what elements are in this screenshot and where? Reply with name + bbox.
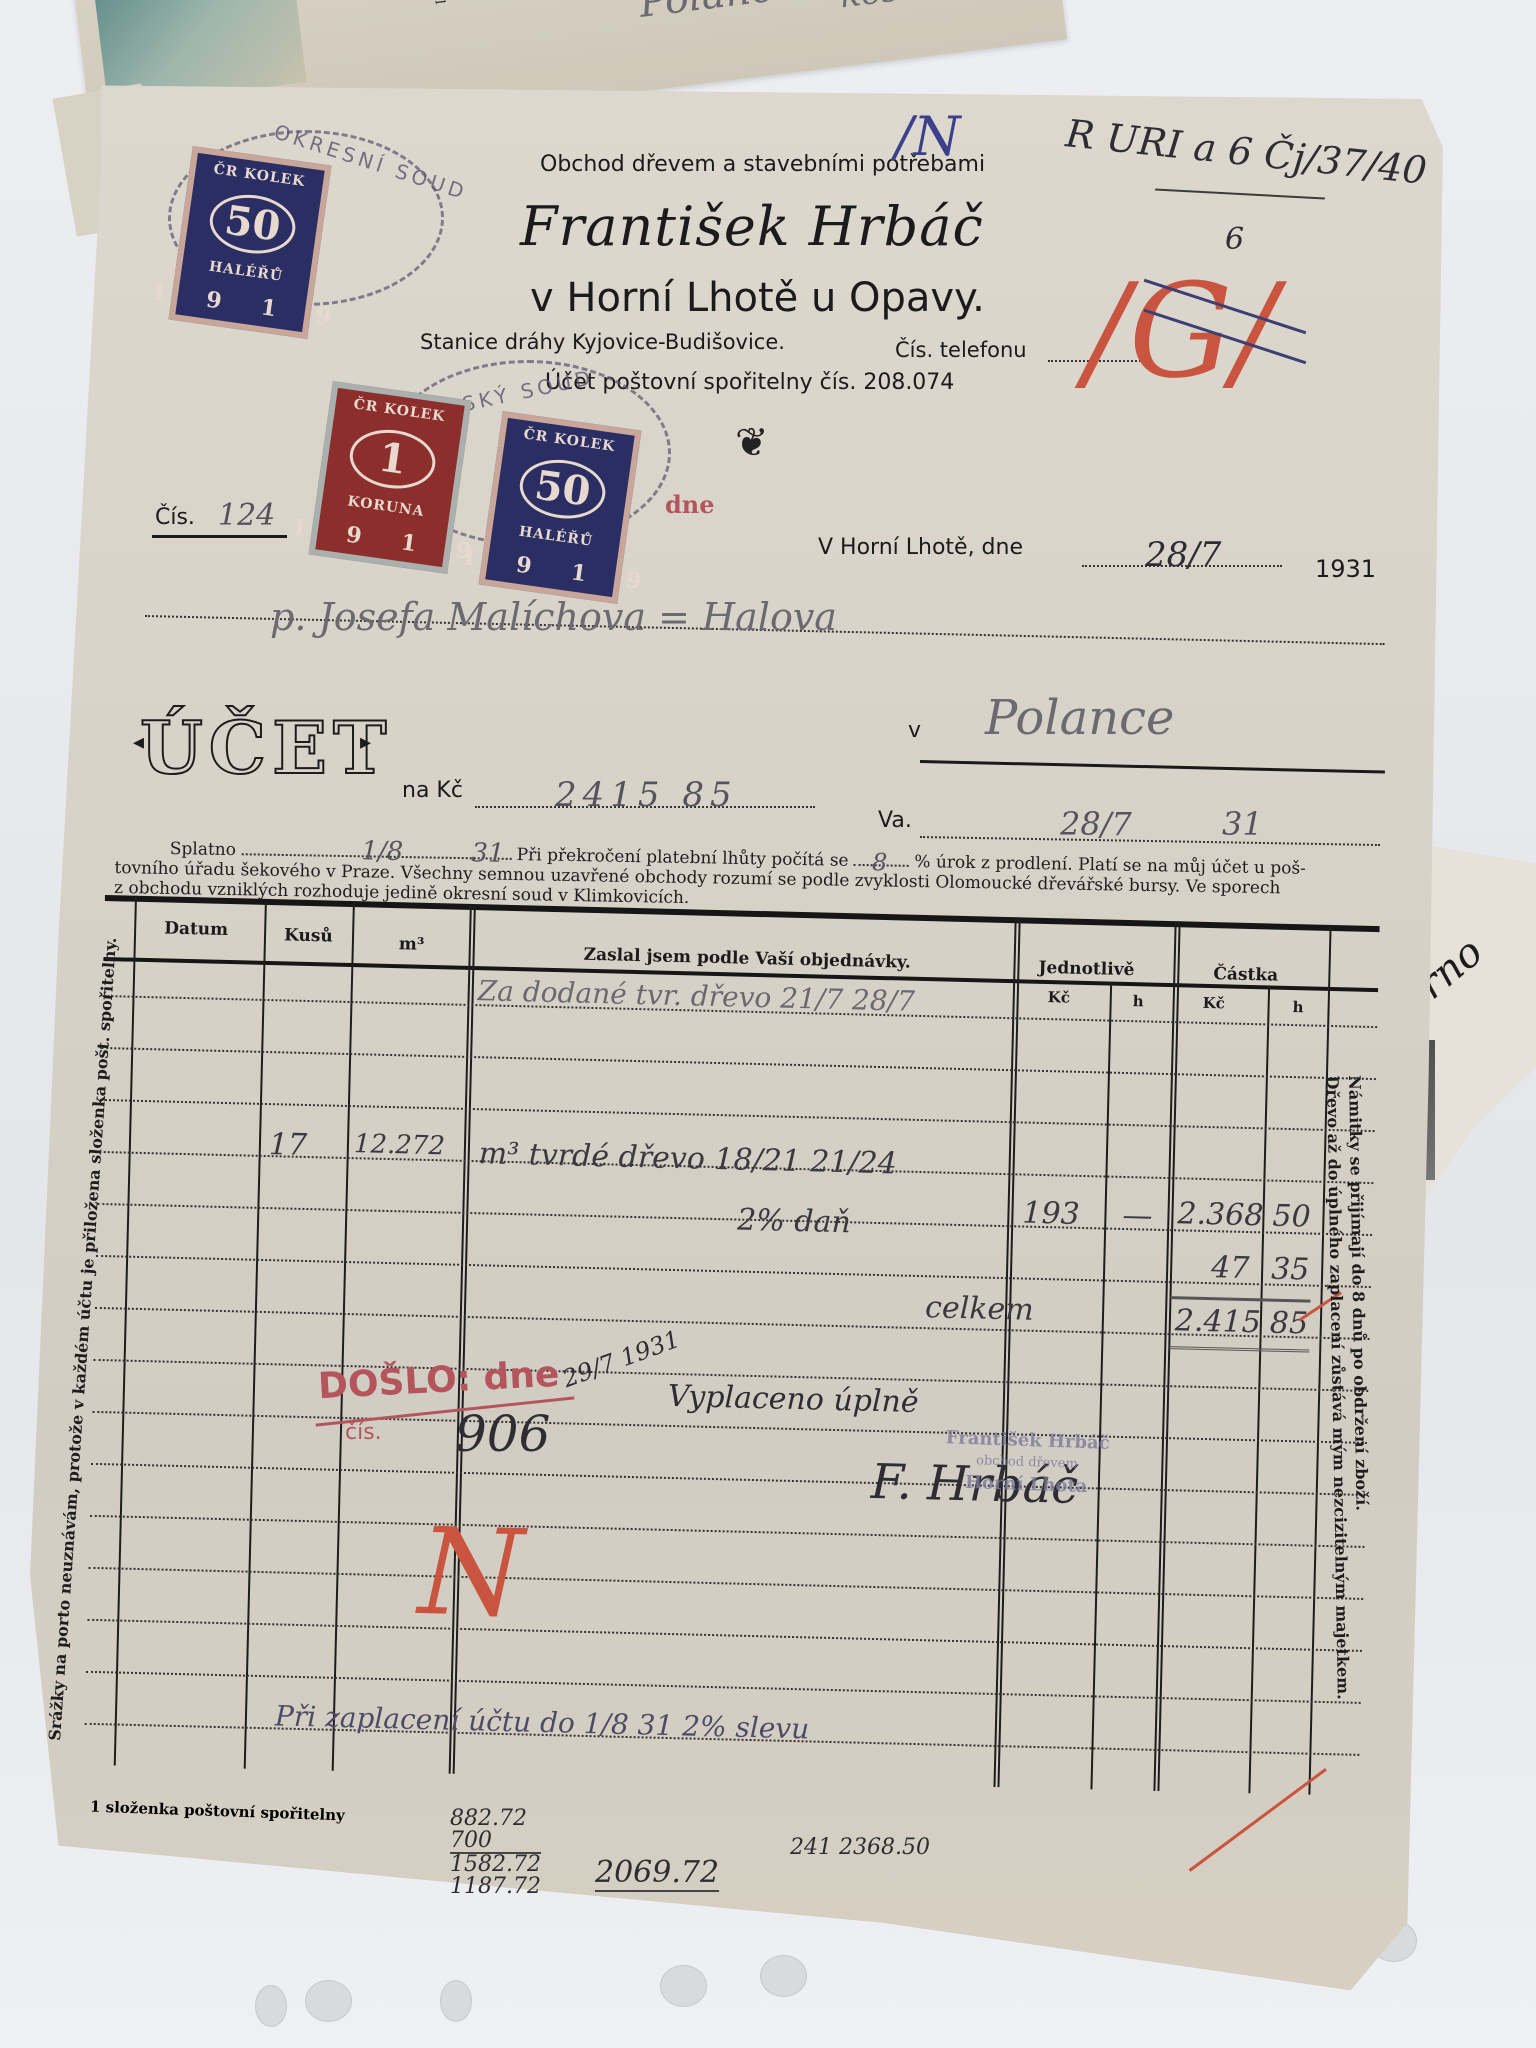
col-header-kusu: Kusů <box>284 925 333 946</box>
table-row-unit-h: — <box>1122 1198 1153 1234</box>
calc-line: 1187.72 <box>450 1876 541 1898</box>
table-col-border <box>114 896 137 1766</box>
col-header-amount-h: h <box>1292 998 1303 1016</box>
invoice-number-underline <box>152 535 287 538</box>
col-header-description: Zaslal jsem podle Vaší objednávky. <box>583 945 911 973</box>
table-row-amount-kc: 2.368 <box>1177 1196 1264 1233</box>
recipient-value: p. Josefa Malíchova = Halova <box>270 595 837 639</box>
col-header-datum: Datum <box>164 918 228 940</box>
col-header-amount: Částka <box>1213 964 1278 986</box>
city-prefix: v <box>908 718 921 743</box>
table-row-description: Při zaplacení účtu do 1/8 31 2% slevu <box>275 1699 810 1745</box>
table-row-description: 2% daň <box>737 1203 851 1241</box>
table-row-kusu: 17 <box>269 1127 308 1163</box>
stamp-caption: ČR KOLEK <box>523 426 617 455</box>
calc-line: 1582.72 <box>450 1852 541 1876</box>
footer-enclosure-label: 1 složenka poštovní spořitelny <box>90 1798 345 1825</box>
amount-value: 2415 85 <box>555 775 738 815</box>
sum-underline <box>1170 1296 1310 1302</box>
col-header-unit-price: Jednotlivě <box>1038 958 1134 980</box>
table-col-border <box>993 917 1020 1787</box>
red-crayon-mark: /G/ <box>1085 255 1276 407</box>
stamp-unit: HALÉŘŮ <box>518 524 594 550</box>
invoice-table: Datum Kusů m³ Zaslal jsem podle Vaší obj… <box>84 895 1380 1796</box>
table-row-line <box>101 1047 1376 1080</box>
table-col-border <box>1153 921 1180 1791</box>
pencil-reference-note: R URI a 6 Čj/37/40 <box>1064 111 1429 193</box>
due-dotted-line: 1/8 31 <box>241 853 511 860</box>
table-row-line <box>90 1515 1365 1548</box>
footer-note: 241 2368.50 <box>790 1835 930 1860</box>
table-row-description: Za dodané tvr. dřevo 21/7 28/7 <box>477 974 915 1018</box>
city-value: Polance <box>985 690 1174 746</box>
table-row-line <box>92 1411 1367 1444</box>
interest-dotted-line: 8 <box>854 864 909 867</box>
table-col-border <box>332 901 355 1771</box>
col-header-unit-kc: Kč <box>1048 988 1071 1007</box>
invoice-title: ÚČET <box>140 705 393 790</box>
company-name: František Hrbáč <box>520 195 984 258</box>
received-stamp-number-label: čís. <box>345 1420 382 1445</box>
table-row-line <box>96 1255 1371 1288</box>
table-row-amount-kc: 47 <box>1211 1250 1250 1286</box>
revenue-stamp-50h-2: ČR KOLEK 50 HALÉŘŮ 1919 <box>479 411 642 604</box>
table-row-line <box>91 1463 1366 1496</box>
year-value: 1931 <box>1315 555 1376 583</box>
stamp-year: 1919 <box>420 538 682 600</box>
red-stamp-fragment: dne <box>665 490 715 519</box>
table-col-border <box>244 899 267 1769</box>
railway-station: Stanice dráhy Kyjovice-Budišovice. <box>420 330 785 354</box>
due-label: Splatno <box>115 838 236 860</box>
table-col-border <box>449 904 476 1774</box>
footer-total: 2069.72 <box>595 1855 719 1892</box>
interest-value: 8 <box>872 852 888 872</box>
stamp-unit: HALÉŘŮ <box>208 259 284 285</box>
table-row-unit-kc: 193 <box>1022 1196 1080 1232</box>
calc-line: 700 <box>450 1830 541 1852</box>
stamp-value: 1 <box>346 424 439 493</box>
stamp-value: 50 <box>516 454 609 523</box>
stamp-unit: KORUNA <box>346 494 425 521</box>
city-underline <box>920 760 1385 774</box>
blue-pen-mark: /N <box>895 105 960 168</box>
pencil-underline <box>1155 189 1325 200</box>
stamp-caption: ČR KOLEK <box>213 161 307 190</box>
stamp-caption: ČR KOLEK <box>353 396 447 425</box>
place-date-label: V Horní Lhotě, dne <box>818 535 1023 560</box>
firm-stamp: František Hrbáč obchod dřevem Horní Lhot… <box>944 1427 1110 1499</box>
due-value: 1/8 31 <box>361 841 505 863</box>
calc-line: 882.72 <box>450 1808 541 1830</box>
col-header-amount-kc: Kč <box>1202 994 1225 1013</box>
invoice-content: Obchod dřevem a stavebními potřebami Fra… <box>0 0 1536 2048</box>
table-row-amount-h: 35 <box>1271 1252 1310 1288</box>
revenue-stamp-50h: ČR KOLEK 50 HALÉŘŮ 1919 <box>169 146 332 339</box>
stamp-value: 50 <box>206 189 299 258</box>
col-header-m3: m³ <box>399 934 425 955</box>
col-header-unit-h: h <box>1132 992 1143 1010</box>
table-row-amount-h: 50 <box>1272 1199 1311 1235</box>
date-value: 28/7 <box>1145 535 1221 575</box>
table-row-amount-h: 85 <box>1269 1306 1308 1342</box>
received-stamp-number: 906 <box>455 1405 550 1463</box>
table-row-line <box>87 1619 1362 1652</box>
table-row-description: m³ tvrdé dřevo 18/21 21/24 <box>478 1136 897 1181</box>
invoice-number-label: Čís. <box>155 505 195 530</box>
company-town: v Horní Lhotě u Opavy. <box>530 275 985 321</box>
table-row-description: celkem <box>925 1290 1034 1328</box>
table-row-m3: 12.272 <box>354 1129 446 1161</box>
va-value: 28/7 31 <box>1060 805 1263 843</box>
va-label: Va. <box>878 808 912 833</box>
ornament-icon: ❦ <box>735 420 769 466</box>
amount-label: na Kč <box>402 778 463 803</box>
table-row-description: Vyplaceno úplně <box>667 1379 919 1420</box>
table-row-line <box>89 1567 1364 1600</box>
invoice-number-value: 124 <box>218 498 275 533</box>
footer-calculation: 882.72 700 1582.72 1187.72 <box>450 1808 541 1898</box>
sum-double-underline <box>1169 1346 1309 1352</box>
pencil-sub-number: 6 <box>1225 222 1244 257</box>
red-crayon-n-mark: N <box>417 1503 525 1645</box>
phone-label: Čís. telefonu <box>895 338 1027 362</box>
title-right-ornament-icon: ▸ <box>360 730 371 755</box>
table-row-amount-kc: 2.415 <box>1174 1303 1261 1340</box>
red-strike-line <box>1189 1768 1327 1872</box>
